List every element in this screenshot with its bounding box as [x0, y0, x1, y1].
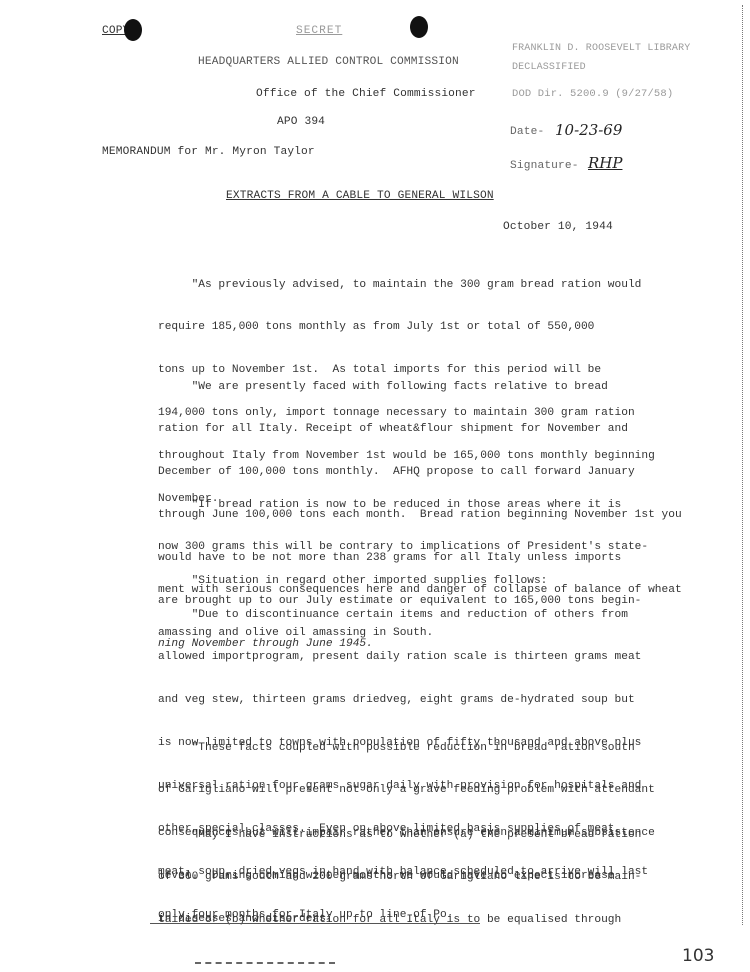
- text-line: require 185,000 tons monthly as from Jul…: [158, 320, 718, 334]
- stamp-signature: RHP: [588, 154, 622, 172]
- text-line: of Garigliano will present not only a gr…: [158, 783, 718, 797]
- stamp-signature-label: Signature-: [510, 160, 579, 172]
- text-line: "These facts coupled with possible reduc…: [158, 741, 718, 755]
- page-number: 103: [682, 946, 714, 966]
- document-page: COPY SECRET HEADQUARTERS ALLIED CONTROL …: [0, 0, 750, 972]
- text-line: allowed importprogram, present daily rat…: [158, 650, 718, 664]
- memo-date: October 10, 1944: [503, 221, 613, 233]
- text-line: "If bread ration is now to be reduced in…: [158, 498, 718, 512]
- stamp-date-label: Date-: [510, 126, 544, 138]
- organization-heading: HEADQUARTERS ALLIED CONTROL COMMISSION: [198, 56, 459, 68]
- stamp-date-value: 10-23-69: [555, 121, 622, 139]
- punch-hole-left: [124, 19, 142, 41]
- stamp-authority: DOD Dir. 5200.9 (9/27/58): [512, 88, 673, 100]
- text-line: ration for all Italy. Receipt of wheat&f…: [158, 422, 718, 436]
- scan-margin-line: [742, 5, 743, 925]
- text-line: "We are presently faced with following f…: [158, 380, 718, 394]
- punch-hole-right: [410, 16, 428, 38]
- text-line: "As previously advised, to maintain the …: [158, 278, 718, 292]
- memo-title: EXTRACTS FROM A CABLE TO GENERAL WILSON: [226, 190, 494, 202]
- stamp-declassified: DECLASSIFIED: [512, 62, 586, 73]
- text-line: and veg stew, thirteen grams driedveg, e…: [158, 693, 718, 707]
- paragraph-7: "May I have instructions as to whether (…: [158, 799, 718, 956]
- classification-mark: SECRET: [296, 25, 342, 37]
- office-heading: Office of the Chief Commissioner: [256, 88, 476, 100]
- text-line: tained or (b) whether ration for all Ita…: [158, 913, 718, 927]
- memo-addressee: MEMORANDUM for Mr. Myron Taylor: [102, 146, 315, 158]
- apo-line: APO 394: [277, 116, 325, 128]
- next-page-fragment: [195, 962, 335, 964]
- text-line: of 300 grams south and 200 grams north o…: [158, 870, 718, 884]
- stamp-library: FRANKLIN D. ROOSEVELT LIBRARY: [512, 43, 690, 54]
- text-line: "Due to discontinuance certain items and…: [158, 608, 718, 622]
- scan-edge-line: [150, 923, 480, 924]
- text-line: "May I have instructions as to whether (…: [158, 828, 718, 842]
